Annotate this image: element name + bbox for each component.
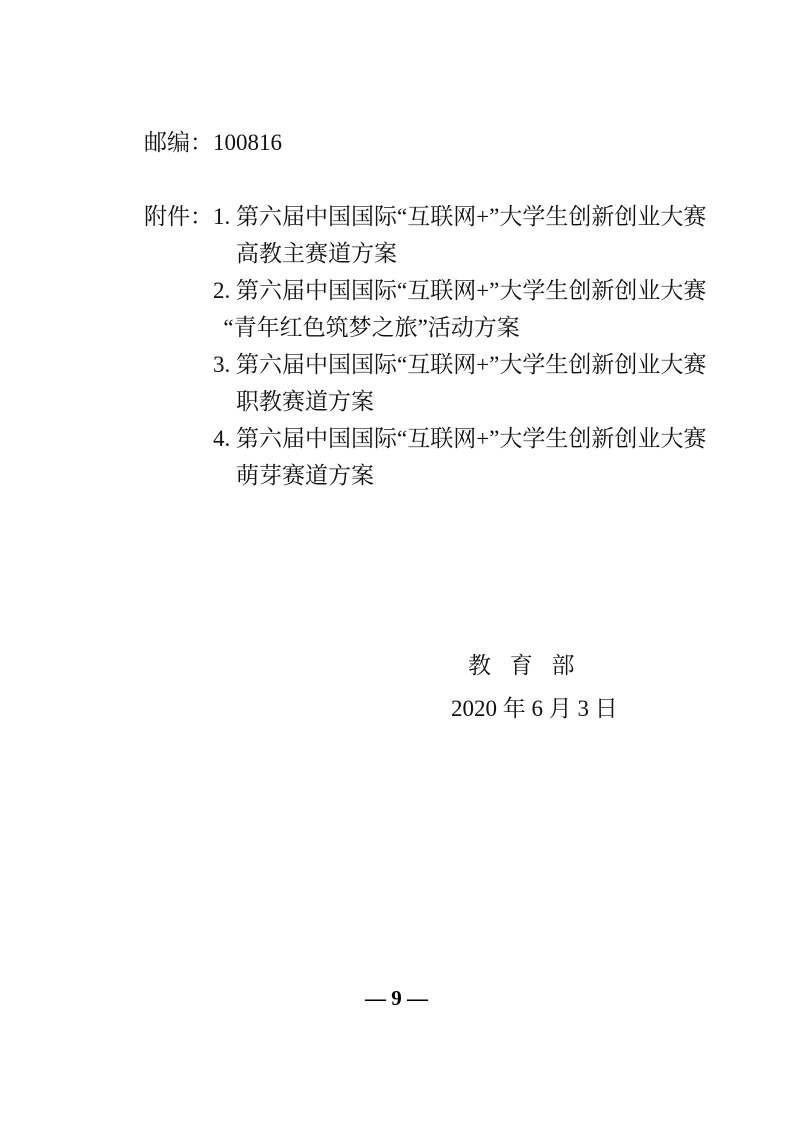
attachment-number: 1. <box>213 198 236 235</box>
postal-code-value: 100816 <box>213 130 282 155</box>
postal-code-line: 邮编：100816 <box>144 129 282 156</box>
attachment-subtitle-line: 萌芽赛道方案 <box>236 457 706 494</box>
attachment-title-line: 第六届中国国际“互联网+”大学生创新创业大赛 <box>236 346 706 383</box>
attachment-number: 3. <box>213 346 236 383</box>
attachments-label: 附件： <box>144 198 213 235</box>
attachment-title-line: 第六届中国国际“互联网+”大学生创新创业大赛 <box>236 272 706 309</box>
attachment-title-line: 第六届中国国际“互联网+”大学生创新创业大赛 <box>236 198 706 235</box>
document-page: 邮编：100816 附件： 1. 第六届中国国际“互联网+”大学生创新创业大赛 … <box>0 0 793 1122</box>
signature-organization: 教 育 部 <box>468 652 575 679</box>
attachment-title-line: 第六届中国国际“互联网+”大学生创新创业大赛 <box>236 420 706 457</box>
attachments-list: 1. 第六届中国国际“互联网+”大学生创新创业大赛 高教主赛道方案 2. 第六届… <box>213 198 706 494</box>
attachment-number: 4. <box>213 420 236 457</box>
attachment-number: 2. <box>213 272 236 309</box>
attachment-subtitle-line: “青年红色筑梦之旅”活动方案 <box>223 309 706 346</box>
postal-code-label: 邮编： <box>144 130 213 155</box>
attachment-item: 1. 第六届中国国际“互联网+”大学生创新创业大赛 高教主赛道方案 <box>213 198 706 272</box>
attachment-item: 3. 第六届中国国际“互联网+”大学生创新创业大赛 职教赛道方案 <box>213 346 706 420</box>
attachments-block: 附件： 1. 第六届中国国际“互联网+”大学生创新创业大赛 高教主赛道方案 2.… <box>144 198 706 494</box>
attachment-item: 4. 第六届中国国际“互联网+”大学生创新创业大赛 萌芽赛道方案 <box>213 420 706 494</box>
attachment-subtitle-line: 高教主赛道方案 <box>236 235 706 272</box>
signature-date: 2020 年 6 月 3 日 <box>451 695 618 722</box>
page-number: — 9 — <box>0 986 793 1010</box>
attachment-subtitle-line: 职教赛道方案 <box>236 383 706 420</box>
attachment-item: 2. 第六届中国国际“互联网+”大学生创新创业大赛 “青年红色筑梦之旅”活动方案 <box>213 272 706 346</box>
